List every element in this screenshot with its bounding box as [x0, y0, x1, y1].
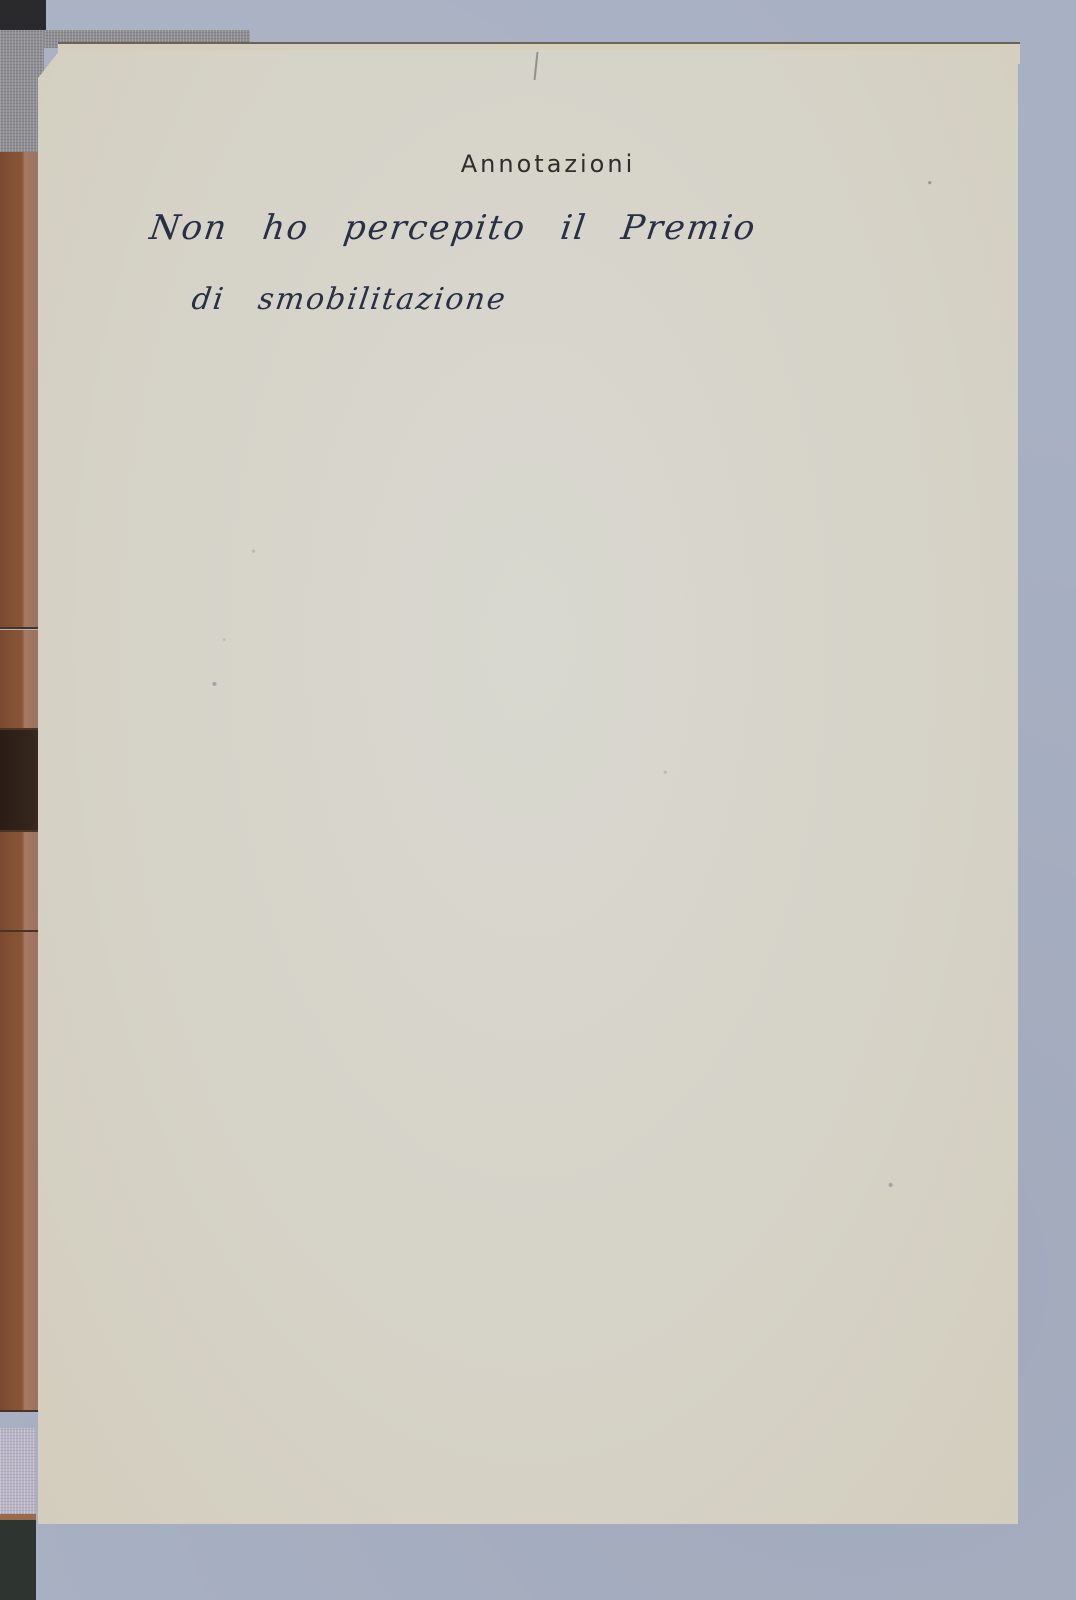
- page-heading: Annotazioni: [0, 150, 1076, 178]
- dark-block: [0, 730, 40, 832]
- binding-strip: [0, 0, 42, 1600]
- handwritten-line: di smobilitazione: [190, 282, 510, 317]
- wood-block: [0, 832, 40, 932]
- document-page: [38, 50, 1018, 1524]
- dark-base: [0, 1520, 36, 1600]
- binding-dark-corner: [0, 0, 46, 32]
- wood-block: [0, 630, 40, 730]
- wood-block: [0, 932, 40, 1412]
- ribbon-bottom: [0, 1428, 36, 1520]
- handwritten-line: Non ho percepito il Premio: [147, 208, 759, 248]
- wood-block: [0, 152, 40, 629]
- ribbon-top-left: [0, 30, 44, 155]
